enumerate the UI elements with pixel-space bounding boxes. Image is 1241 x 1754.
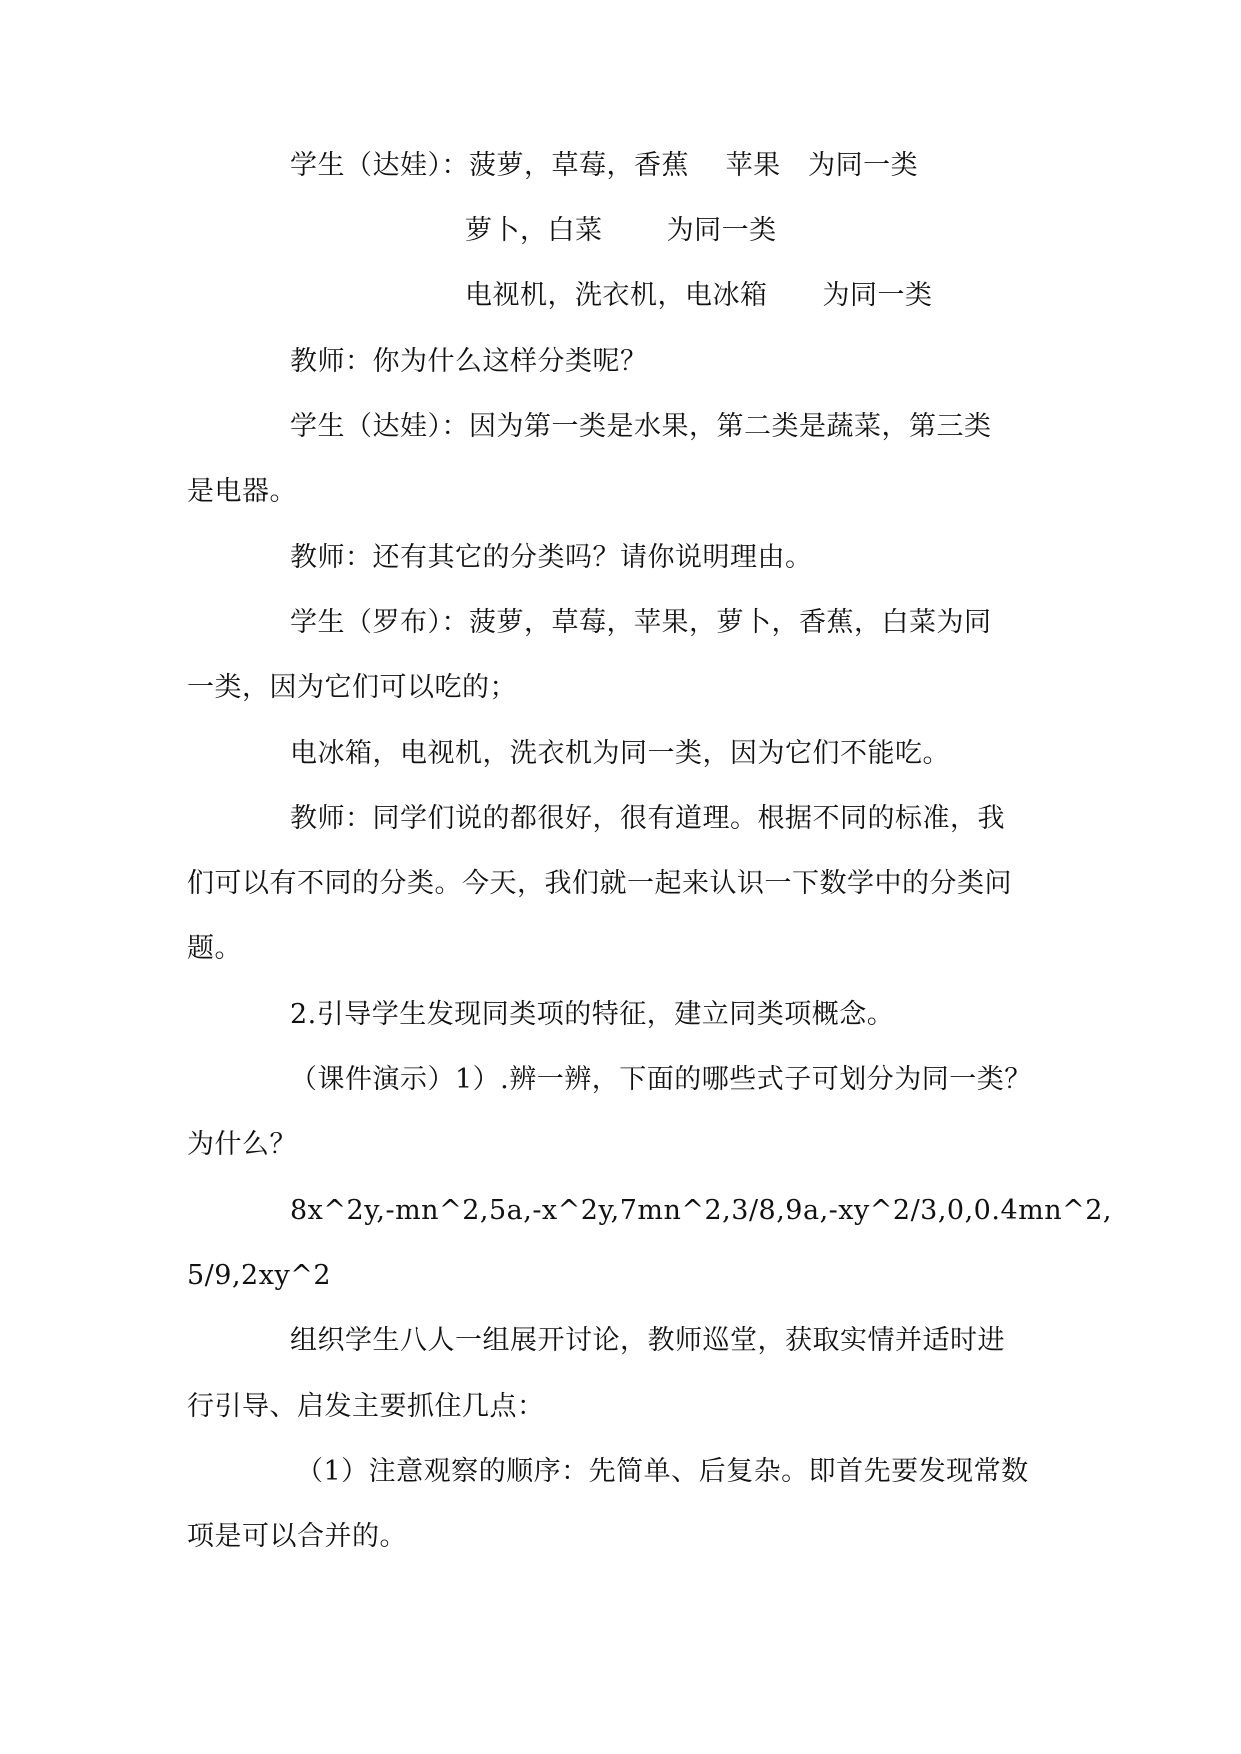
text-line: 教师：同学们说的都很好，很有道理。根据不同的标准，我 [290,803,1005,835]
text-line: （1）注意观察的顺序：先简单、后复杂。即首先要发现常数 [296,1456,1029,1488]
text-line: 学生（达娃）：菠萝，草莓，香蕉 苹果 为同一类 [290,150,918,182]
text-line: 行引导、启发主要抓住几点： [187,1391,545,1423]
text-line: 学生（达娃）：因为第一类是水果，第二类是蔬菜，第三类 [290,411,992,443]
text-line: 教师：还有其它的分类吗？请你说明理由。 [290,542,813,574]
text-line: 教师：你为什么这样分类呢？ [290,346,648,378]
text-line: 项是可以合并的。 [187,1521,407,1553]
math-expression-line: 5/9,2xy^2 [187,1260,331,1292]
text-line: 萝卜，白菜 为同一类 [465,215,777,247]
text-line: 是电器。 [187,476,297,508]
text-line: 组织学生八人一组展开讨论，教师巡堂，获取实情并适时进 [290,1325,1005,1357]
text-line: 一类，因为它们可以吃的； [187,672,517,704]
text-line: 为什么？ [187,1129,297,1161]
section-heading: 2.引导学生发现同类项的特征，建立同类项概念。 [290,999,894,1031]
text-line: 电视机，洗衣机，电冰箱 为同一类 [465,280,933,312]
text-line: 电冰箱，电视机，洗衣机为同一类，因为它们不能吃。 [290,738,950,770]
text-line: 们可以有不同的分类。今天，我们就一起来认识一下数学中的分类问 [187,868,1012,900]
text-line: （课件演示）1）.辨一辨，下面的哪些式子可划分为同一类？ [290,1064,1032,1096]
text-line: 题。 [187,933,242,965]
text-line: 学生（罗布）：菠萝，草莓，苹果，萝卜，香蕉，白菜为同 [290,607,992,639]
math-expression-line: 8x^2y,-mn^2,5a,-x^2y,7mn^2,3/8,9a,-xy^2/… [290,1195,1112,1227]
